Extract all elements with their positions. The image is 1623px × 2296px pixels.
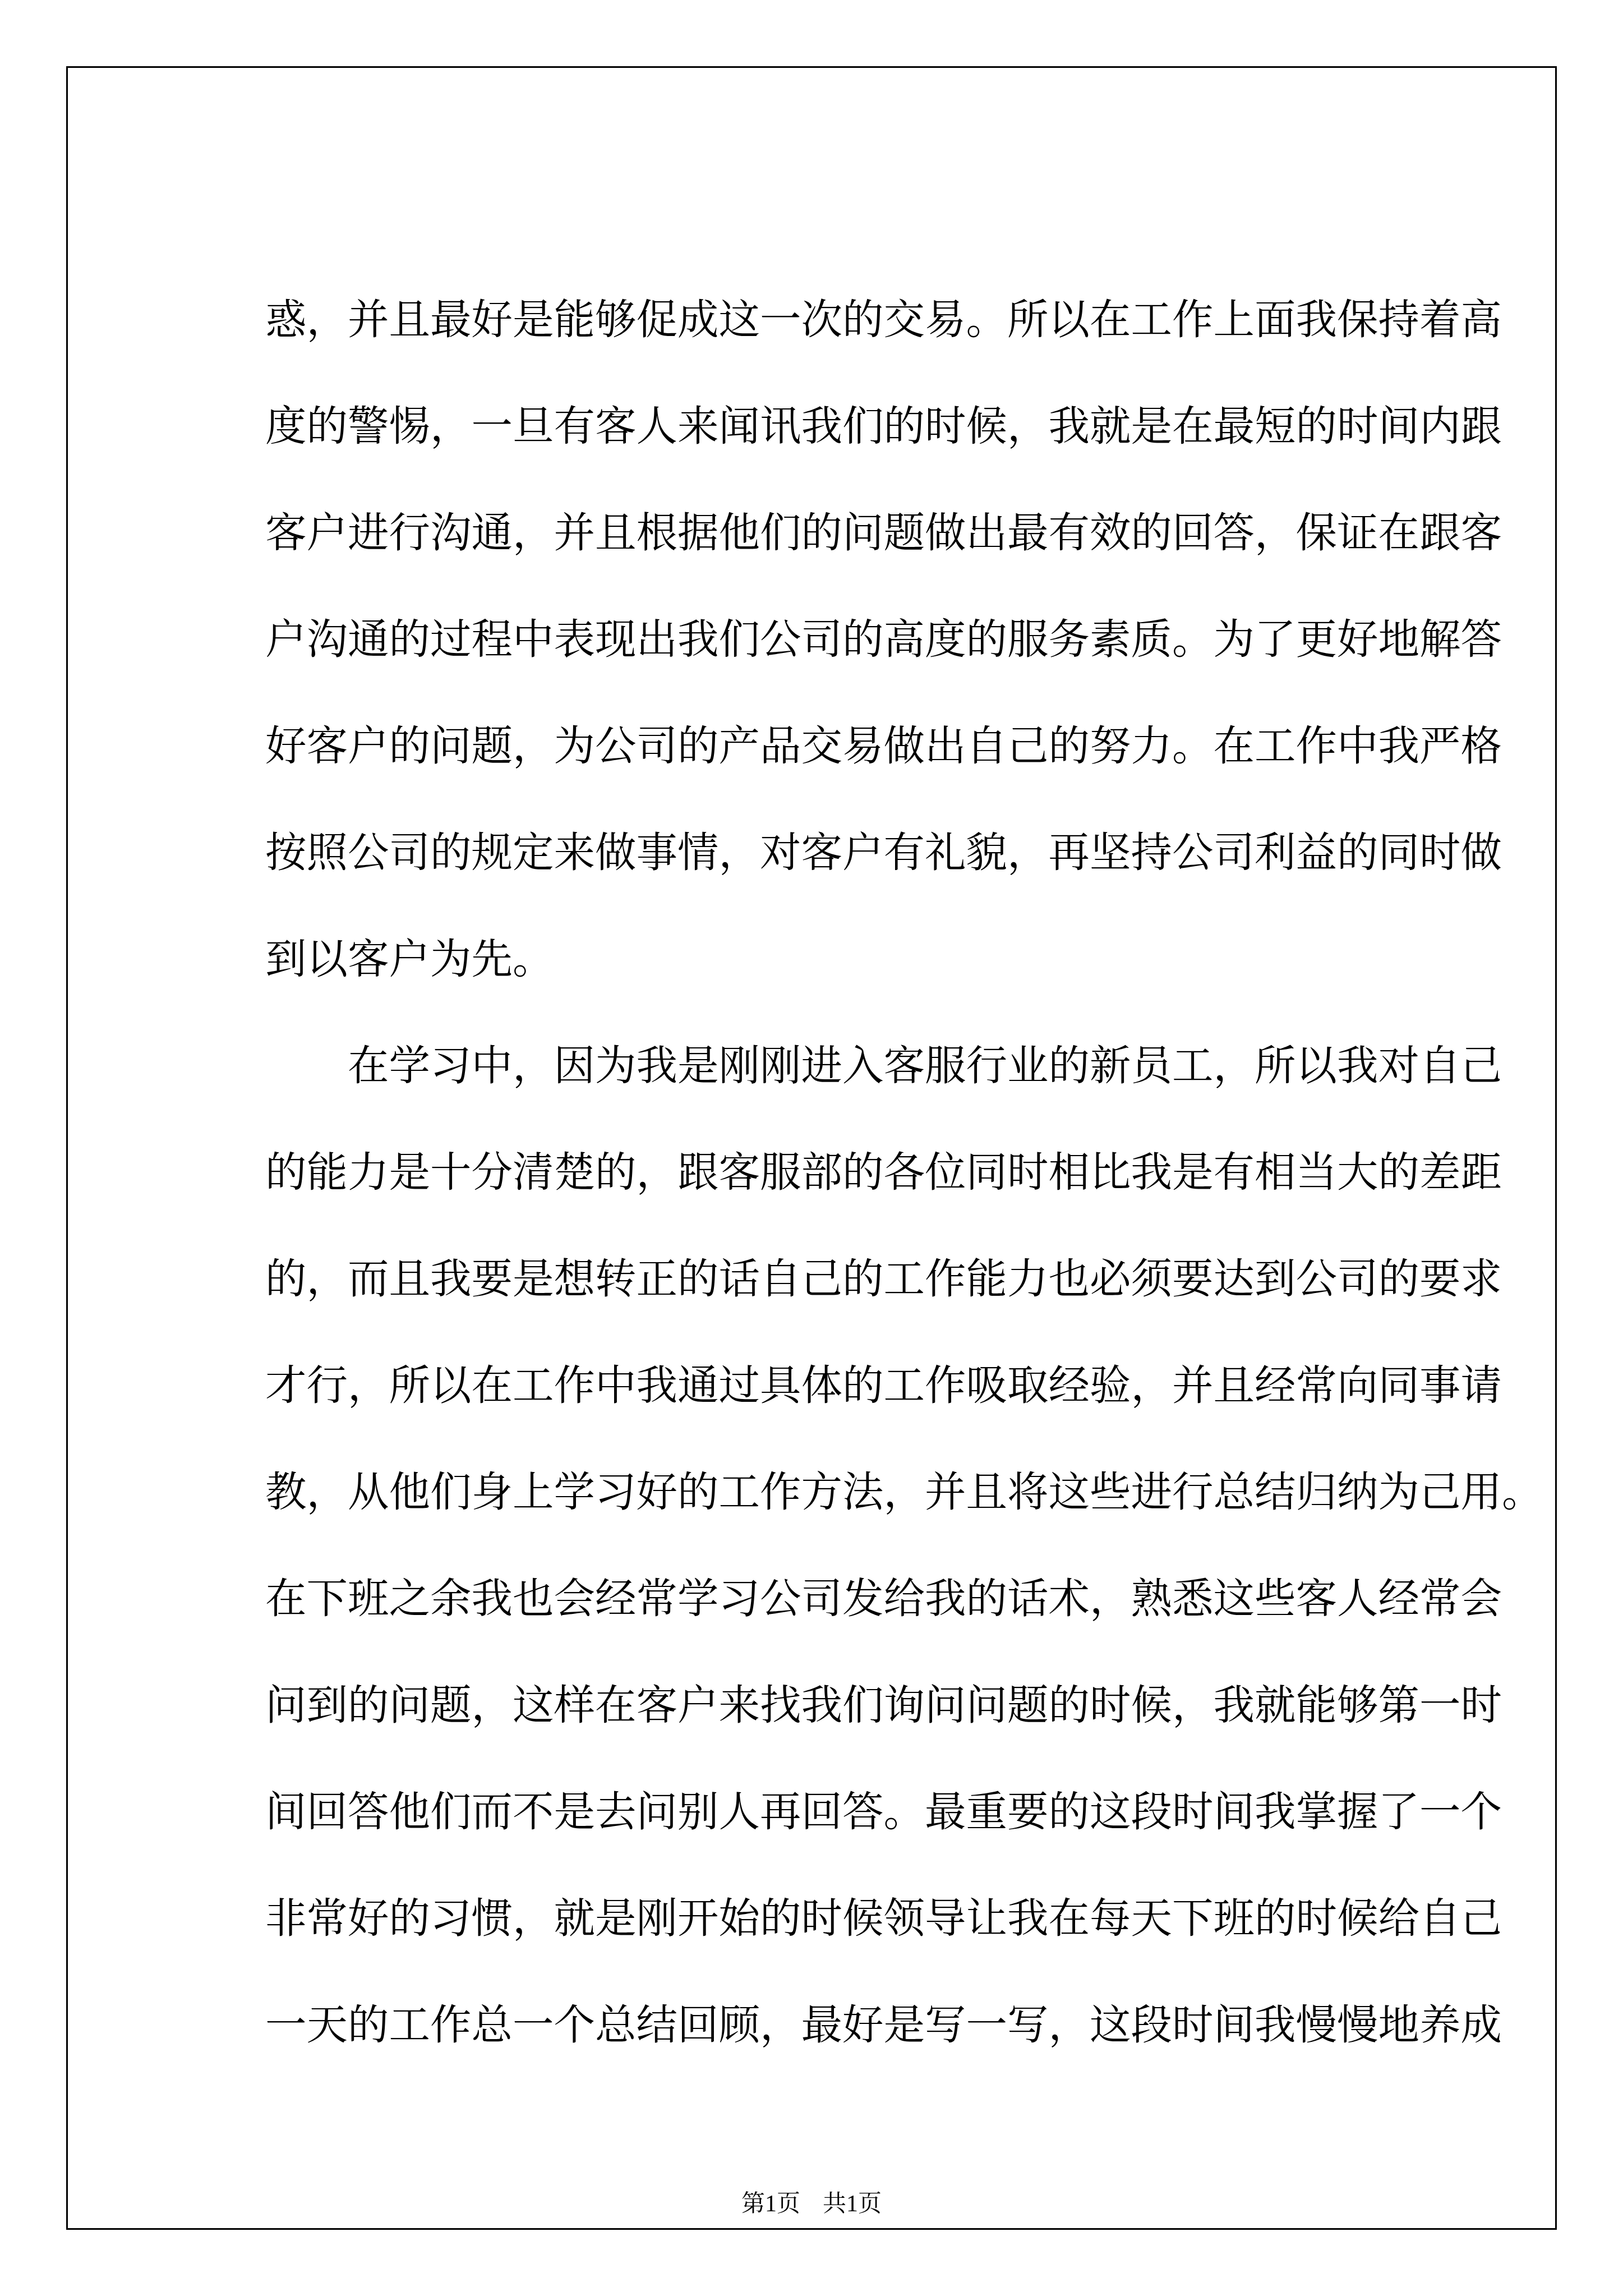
text-line: 户沟通的过程中表现出我们公司的高度的服务素质。为了更好地解答 (265, 587, 1507, 693)
page-total: 共1页 (823, 2191, 882, 2217)
text-line: 教，从他们身上学习好的工作方法，并且将这些进行总结归纳为己用。 (265, 1439, 1507, 1546)
text-line: 间回答他们而不是去问别人再回答。最重要的这段时间我掌握了一个 (265, 1759, 1507, 1866)
page-number: 第1页 (741, 2191, 800, 2217)
text-line: 在下班之余我也会经常学习公司发给我的话术，熟悉这些客人经常会 (265, 1546, 1507, 1653)
text-line: 在学习中，因为我是刚刚进入客服行业的新员工，所以我对自己 (265, 1013, 1507, 1120)
text-line: 的能力是十分清楚的，跟客服部的各位同时相比我是有相当大的差距 (265, 1120, 1507, 1226)
document-page: 惑，并且最好是能够促成这一次的交易。所以在工作上面我保持着高度的警惕，一旦有客人… (0, 0, 1623, 2296)
text-line: 好客户的问题，为公司的产品交易做出自己的努力。在工作中我严格 (265, 693, 1507, 800)
text-line: 到以客户为先。 (265, 907, 1507, 1013)
page-border-frame: 惑，并且最好是能够促成这一次的交易。所以在工作上面我保持着高度的警惕，一旦有客人… (66, 66, 1557, 2230)
page-footer: 第1页共1页 (68, 2182, 1555, 2226)
text-line: 一天的工作总一个总结回顾，最好是写一写，这段时间我慢慢地养成 (265, 1972, 1507, 2079)
text-line: 惑，并且最好是能够促成这一次的交易。所以在工作上面我保持着高 (265, 267, 1507, 374)
text-line: 的，而且我要是想转正的话自己的工作能力也必须要达到公司的要求 (265, 1226, 1507, 1333)
text-line: 度的警惕，一旦有客人来闻讯我们的时候，我就是在最短的时间内跟 (265, 374, 1507, 480)
text-line: 按照公司的规定来做事情，对客户有礼貌，再坚持公司利益的同时做 (265, 800, 1507, 907)
document-body: 惑，并且最好是能够促成这一次的交易。所以在工作上面我保持着高度的警惕，一旦有客人… (265, 267, 1507, 2079)
text-line: 问到的问题，这样在客户来找我们询问问题的时候，我就能够第一时 (265, 1653, 1507, 1759)
text-line: 才行，所以在工作中我通过具体的工作吸取经验，并且经常向同事请 (265, 1333, 1507, 1439)
text-line: 非常好的习惯，就是刚开始的时候领导让我在每天下班的时候给自己 (265, 1866, 1507, 1972)
text-line: 客户进行沟通，并且根据他们的问题做出最有效的回答，保证在跟客 (265, 480, 1507, 587)
